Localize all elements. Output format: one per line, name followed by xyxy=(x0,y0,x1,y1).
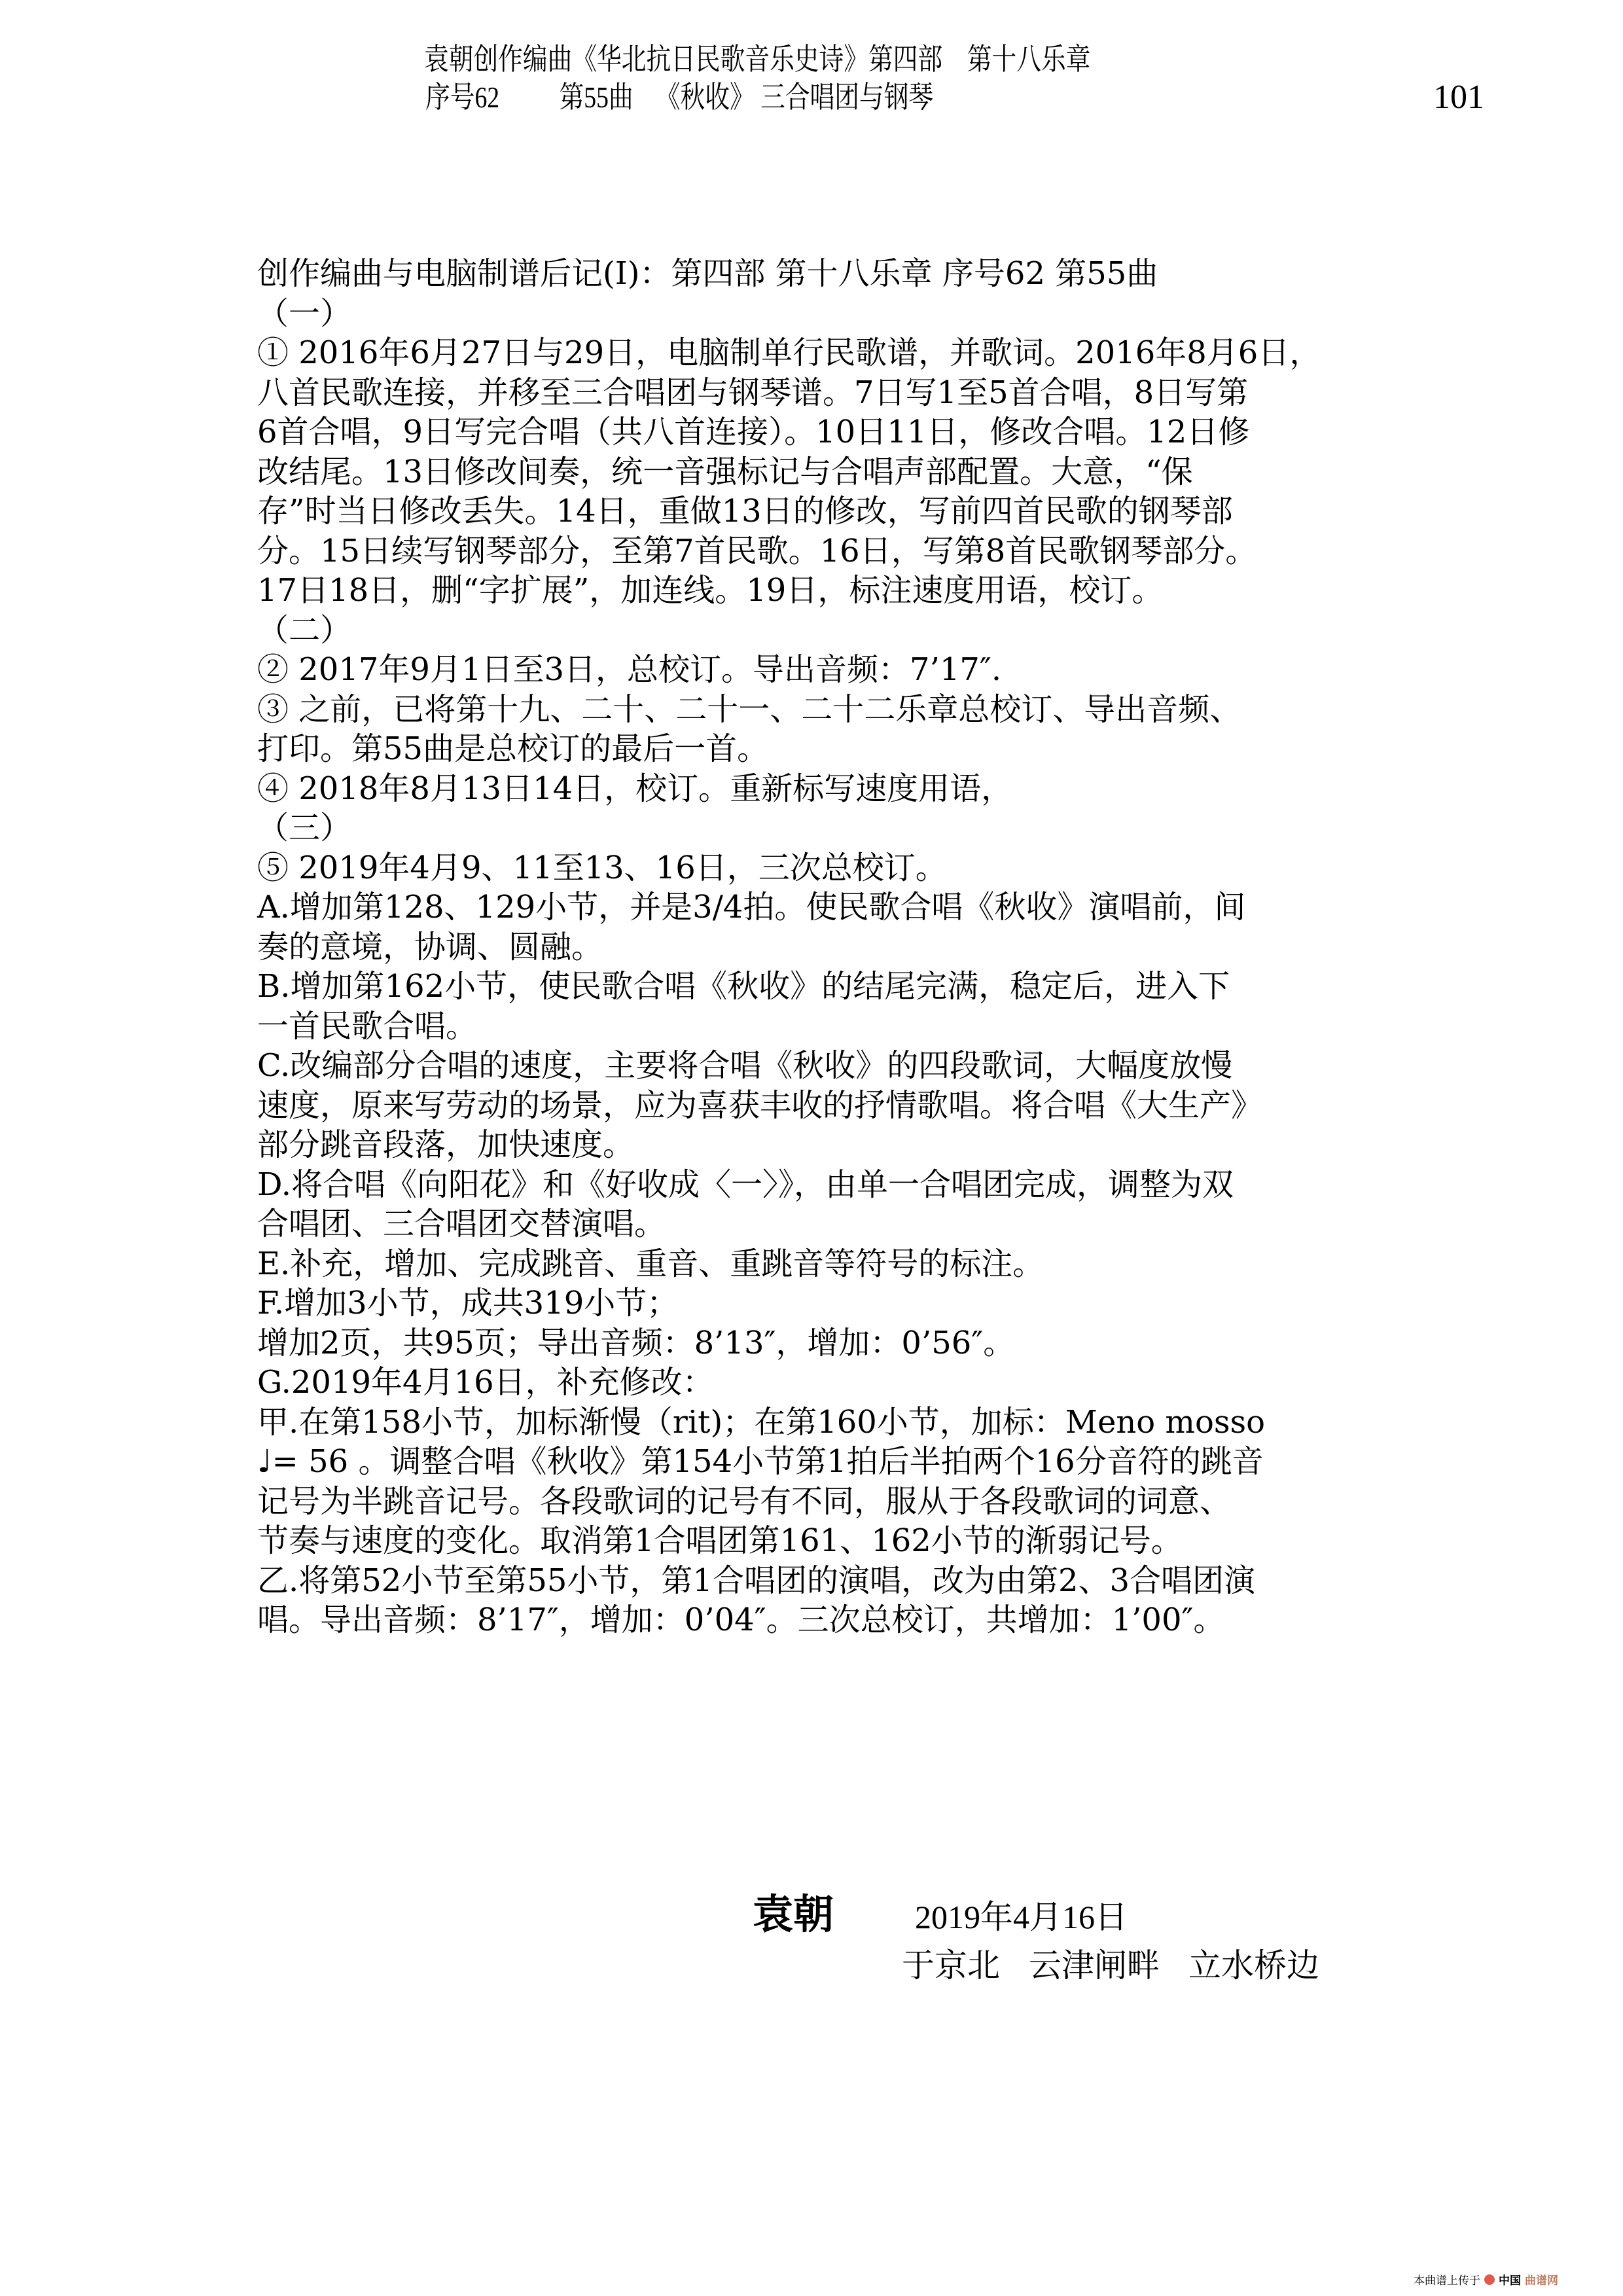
text-line: 部分跳音段落，加快速度。 xyxy=(257,1125,1481,1165)
section-heading-3: （三） xyxy=(257,808,1481,848)
section-heading-1: （一） xyxy=(257,294,1481,334)
afterword-body: 创作编曲与电脑制谱后记(Ⅰ)：第四部 第十八乐章 序号62 第55曲 （一） ①… xyxy=(257,254,1481,1640)
text-line: 6首合唱，9日写完合唱（共八首连接）。10日11日，修改合唱。12日修 xyxy=(257,412,1481,452)
text-line: G.2019年4月16日，补充修改： xyxy=(257,1363,1481,1403)
text-line: 存”时当日修改丢失。14日，重做13日的修改，写前四首民歌的钢琴部 xyxy=(257,492,1481,531)
text-line: ① 2016年6月27日与29日，电脑制单行民歌谱，并歌词。2016年8月6日， xyxy=(257,333,1481,373)
signature-date: 2019年4月16日 xyxy=(915,1891,1128,1938)
text-line: 合唱团、三合唱团交替演唱。 xyxy=(257,1204,1481,1244)
site-watermark: 本曲谱上传于 中国曲谱网 xyxy=(1414,2271,1558,2287)
text-line: 八首民歌连接，并移至三合唱团与钢琴谱。7日写1至5首合唱，8日写第 xyxy=(257,373,1481,413)
text-line: 打印。第55曲是总校订的最后一首。 xyxy=(257,729,1481,769)
text-line: ② 2017年9月1日至3日，总校订。导出音频：7’17″. xyxy=(257,650,1481,690)
text-line: F.增加3小节，成共319小节； xyxy=(257,1283,1481,1323)
location-part: 立水桥边 xyxy=(1188,1946,1319,1984)
signature-location: 于京北云津闸畔立水桥边 xyxy=(902,1939,1348,1986)
text-line: C.改编部分合唱的速度，主要将合唱《秋收》的四段歌词，大幅度放慢 xyxy=(257,1046,1481,1086)
text-line: D.将合唱《向阳花》和《好收成〈一〉》，由单一合唱团完成，调整为双 xyxy=(257,1165,1481,1205)
text-line: 增加2页，共95页；导出音频：8’13″，增加：0’56″。 xyxy=(257,1323,1481,1363)
watermark-text: 本曲谱上传于 xyxy=(1414,2271,1480,2287)
text-line: ③ 之前，已将第十九、二十、二十一、二十二乐章总校订、导出音频、 xyxy=(257,690,1481,730)
text-line: ④ 2018年8月13日14日，校订。重新标写速度用语， xyxy=(257,769,1481,809)
header-piece-line: 序号62 第55曲 《秋收》 三合唱团与钢琴 xyxy=(425,79,933,117)
text-line: E.补充，增加、完成跳音、重音、重跳音等符号的标注。 xyxy=(257,1244,1481,1284)
text-line: 记号为半跳音记号。各段歌词的记号有不同，服从于各段歌词的词意、 xyxy=(257,1482,1481,1522)
text-line: 甲.在第158小节，加标渐慢（rit)；在第160小节，加标：Meno moss… xyxy=(257,1403,1481,1443)
text-line: ⑤ 2019年4月9、11至13、16日，三次总校订。 xyxy=(257,848,1481,888)
text-line: 改结尾。13日修改间奏，统一音强标记与合唱声部配置。大意，“保 xyxy=(257,452,1481,492)
text-line: 分。15日续写钢琴部分，至第7首民歌。16日，写第8首民歌钢琴部分。 xyxy=(257,531,1481,571)
text-line: 一首民歌合唱。 xyxy=(257,1007,1481,1047)
header-piece-title: 《秋收》 三合唱团与钢琴 xyxy=(656,79,933,117)
header-series-title: 袁朝创作编曲《华北抗日民歌音乐史诗》第四部 第十八乐章 xyxy=(424,41,1090,79)
text-line: 节奏与速度的变化。取消第1合唱团第161、162小节的渐弱记号。 xyxy=(257,1521,1481,1561)
text-line: 唱。导出音频：8’17″，增加：0’04″。三次总校订，共增加：1’00″。 xyxy=(257,1600,1481,1640)
text-line: 奏的意境，协调、圆融。 xyxy=(257,927,1481,967)
text-line: 速度，原来写劳动的场景，应为喜获丰收的抒情歌唱。将合唱《大生产》 xyxy=(257,1086,1481,1126)
site-brand-name: 中国 xyxy=(1499,2271,1521,2287)
text-line: ♩= 56 。调整合唱《秋收》第154小节第1拍后半拍两个16分音符的跳音 xyxy=(257,1442,1481,1482)
author-signature: 袁朝 xyxy=(753,1882,834,1940)
header-piece-number: 第55曲 xyxy=(560,79,633,117)
site-logo-icon xyxy=(1484,2274,1495,2285)
section-heading-2: （二） xyxy=(257,611,1481,651)
text-line: 17日18日，删“字扩展”，加连线。19日，标注速度用语，校订。 xyxy=(257,571,1481,611)
location-part: 于京北 xyxy=(902,1946,1000,1984)
text-line: A.增加第128、129小节，并是3/4拍。使民歌合唱《秋收》演唱前，间 xyxy=(257,888,1481,927)
site-brand-suffix: 曲谱网 xyxy=(1525,2271,1558,2287)
text-line: 乙.将第52小节至第55小节，第1合唱团的演唱，改为由第2、3合唱团演 xyxy=(257,1561,1481,1601)
text-line: B.增加第162小节，使民歌合唱《秋收》的结尾完满，稳定后，进入下 xyxy=(257,967,1481,1007)
location-part: 云津闸畔 xyxy=(1029,1946,1160,1984)
afterword-title: 创作编曲与电脑制谱后记(Ⅰ)：第四部 第十八乐章 序号62 第55曲 xyxy=(257,254,1481,294)
page-number: 101 xyxy=(1433,79,1484,117)
header-sequence: 序号62 xyxy=(425,79,499,117)
